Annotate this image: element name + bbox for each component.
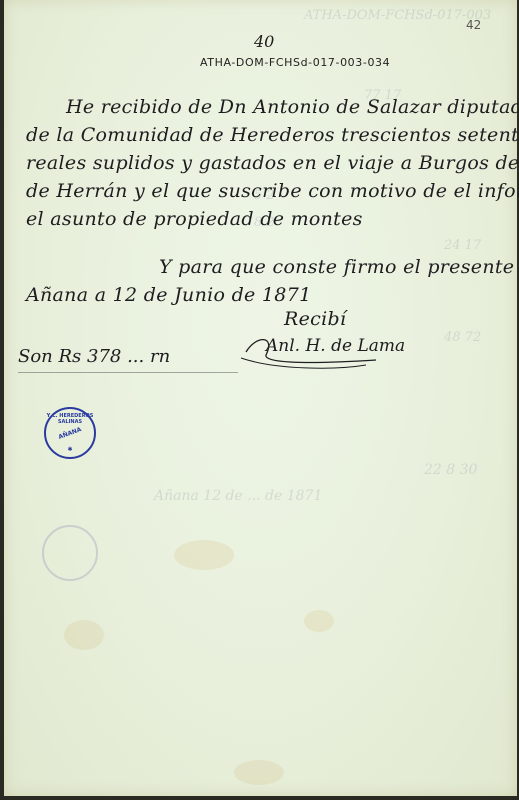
body-line: reales suplidos y gastados en el viaje a… <box>26 152 519 174</box>
page-number: 42 <box>466 18 481 32</box>
bleed-total: 22 8 30 <box>424 462 477 478</box>
body-line: He recibido de Dn Antonio de Salazar dip… <box>66 96 519 118</box>
paper-stain <box>64 620 104 650</box>
folio-number: 40 <box>254 32 274 51</box>
archive-stamp: Y C. HEREDEROS SALINAS AÑANA ✱ <box>44 407 96 459</box>
bleed-figure: 24 17 <box>444 238 481 253</box>
divider <box>18 372 238 373</box>
closing-line: Y para que conste firmo el presente en <box>159 256 519 278</box>
body-line: de Herrán y el que suscribe con motivo d… <box>26 180 519 202</box>
body-line: el asunto de propiedad de montes <box>26 208 363 230</box>
paper-stain <box>234 760 284 785</box>
signature: Anl. H. de Lama <box>236 330 386 374</box>
paper-stain <box>174 540 234 570</box>
star-icon: ✱ <box>67 446 72 453</box>
bleed-date-line: Añana 12 de ... de 1871 <box>154 488 322 504</box>
body-line: de la Comunidad de Herederos trescientos… <box>26 124 519 146</box>
document-page: ATHA-DOM-FCHSd-017-003 77 17 5 2 8 2 24 … <box>4 0 517 796</box>
received-label: Recibí <box>284 308 346 330</box>
closing-line: Añana a 12 de Junio de 1871 <box>26 284 311 306</box>
bleed-figure: 48 72 <box>444 330 481 345</box>
paper-stain <box>304 610 334 632</box>
reference-code: ATHA-DOM-FCHSd-017-003-034 <box>200 56 390 69</box>
amount-note: Son Rs 378 ... rn <box>18 346 170 367</box>
faded-stamp <box>42 525 98 581</box>
